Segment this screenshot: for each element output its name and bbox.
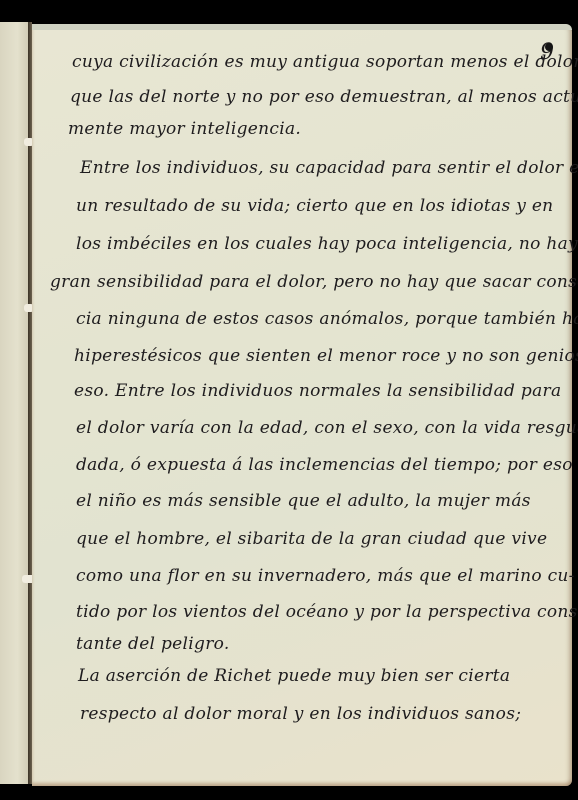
text-line: tante del peligro. (76, 634, 230, 654)
ink-blot (545, 43, 553, 51)
text-line: dada, ó expuesta á las inclemencias del … (76, 455, 573, 475)
text-line: un resultado de su vida; cierto que en l… (76, 196, 553, 216)
text-line: que las del norte y no por eso demuestra… (70, 87, 578, 107)
text-line: gran sensibilidad para el dolor, pero no… (50, 272, 578, 292)
text-line: tido por los vientos del océano y por la… (76, 602, 578, 622)
text-line: el dolor varía con la edad, con el sexo,… (76, 418, 578, 438)
text-line: respecto al dolor moral y en los individ… (80, 704, 521, 724)
text-line: el niño es más sensible que el adulto, l… (76, 491, 531, 511)
text-line: mente mayor inteligencia. (68, 119, 301, 139)
page-top-edge (32, 24, 572, 30)
text-line: Entre los individuos, su capacidad para … (80, 158, 578, 178)
text-line: que el hombre, el sibarita de la gran ci… (76, 529, 547, 549)
text-line: eso. Entre los individuos normales la se… (74, 381, 561, 401)
text-line: cia ninguna de estos casos anómalos, por… (76, 309, 578, 329)
text-line: La aserción de Richet puede muy bien ser… (78, 666, 510, 686)
text-line: como una flor en su invernadero, más que… (76, 566, 575, 586)
facing-page-edge (0, 22, 29, 784)
text-line: hiperestésicos que sienten el menor roce… (74, 346, 578, 366)
text-line: cuya civilización es muy antigua soporta… (72, 52, 578, 72)
text-line: los imbéciles en los cuales hay poca int… (76, 234, 578, 254)
